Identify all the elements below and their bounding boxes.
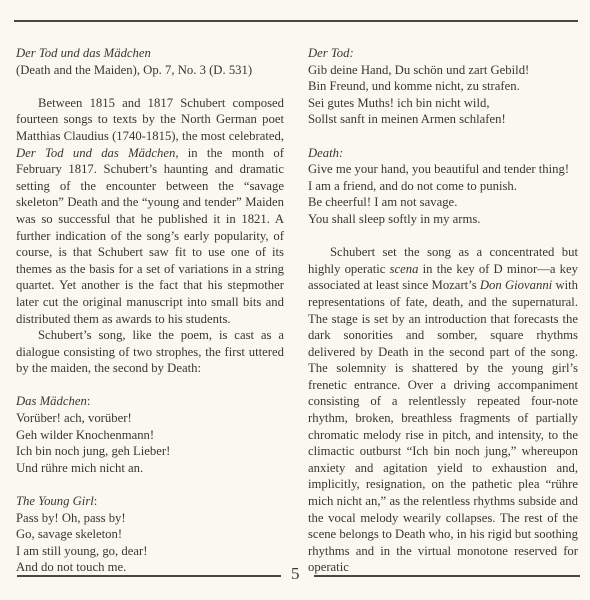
analysis-italic-opera: Don Giovanni bbox=[480, 278, 552, 292]
analysis-paragraph: Schubert set the song as a concentrated … bbox=[308, 244, 578, 576]
verse-death-german: Der Tod: Gib deine Hand, Du schön und za… bbox=[308, 45, 578, 128]
left-column: Der Tod und das Mädchen (Death and the M… bbox=[16, 45, 284, 576]
intro-paragraph: Between 1815 and 1817 Schubert composed … bbox=[16, 95, 284, 327]
intro-italic-title: Der Tod und das Mädchen bbox=[16, 146, 175, 160]
right-column: Der Tod: Gib deine Hand, Du schön und za… bbox=[308, 45, 578, 576]
verse-line: Sei gutes Muths! ich bin nicht wild, bbox=[308, 95, 578, 112]
verse-line: And do not touch me. bbox=[16, 559, 284, 576]
verse-line: Und rühre mich nicht an. bbox=[16, 460, 284, 477]
song-subtitle: (Death and the Maiden), Op. 7, No. 3 (D.… bbox=[16, 62, 284, 79]
top-rule bbox=[14, 20, 578, 22]
verse-line: You shall sleep softly in my arms. bbox=[308, 211, 578, 228]
intro-text-b: , in the month of February 1817. Schuber… bbox=[16, 146, 284, 326]
verse-death-english: Death: Give me your hand, you beautiful … bbox=[308, 145, 578, 228]
verse-line: Sollst sanft in meinen Armen schlafen! bbox=[308, 111, 578, 128]
verse-line: Ich bin noch jung, geh Lieber! bbox=[16, 443, 284, 460]
verse-maiden-english: The Young Girl: Pass by! Oh, pass by! Go… bbox=[16, 493, 284, 576]
verse-line: Vorüber! ach, vorüber! bbox=[16, 410, 284, 427]
song-title: Der Tod und das Mädchen bbox=[16, 45, 284, 62]
dialogue-paragraph: Schubert’s song, like the poem, is cast … bbox=[16, 327, 284, 377]
verse-line: Bin Freund, und komme nicht, zu strafen. bbox=[308, 78, 578, 95]
analysis-italic-scena: scena bbox=[390, 262, 419, 276]
verse-maiden-german: Das Mädchen: Vorüber! ach, vorüber! Geh … bbox=[16, 393, 284, 476]
verse-line: I am a friend, and do not come to punish… bbox=[308, 178, 578, 195]
page-number: 5 bbox=[291, 564, 300, 584]
verse-line: Be cheerful! I am not savage. bbox=[308, 194, 578, 211]
verse-line: Go, savage skeleton! bbox=[16, 526, 284, 543]
verse-line: I am still young, go, dear! bbox=[16, 543, 284, 560]
verse-speaker: Der Tod: bbox=[308, 45, 578, 62]
verse-speaker: Das Mädchen: bbox=[16, 393, 284, 410]
analysis-text-c: with representations of fate, death, and… bbox=[308, 278, 578, 574]
verse-line: Pass by! Oh, pass by! bbox=[16, 510, 284, 527]
bottom-rule-right bbox=[314, 575, 580, 577]
bottom-rule-left bbox=[17, 575, 281, 577]
verse-line: Give me your hand, you beautiful and ten… bbox=[308, 161, 578, 178]
verse-speaker: The Young Girl: bbox=[16, 493, 284, 510]
verse-line: Geh wilder Knochenmann! bbox=[16, 427, 284, 444]
intro-text-a: Between 1815 and 1817 Schubert composed … bbox=[16, 96, 284, 143]
verse-speaker: Death: bbox=[308, 145, 578, 162]
verse-line: Gib deine Hand, Du schön und zart Gebild… bbox=[308, 62, 578, 79]
